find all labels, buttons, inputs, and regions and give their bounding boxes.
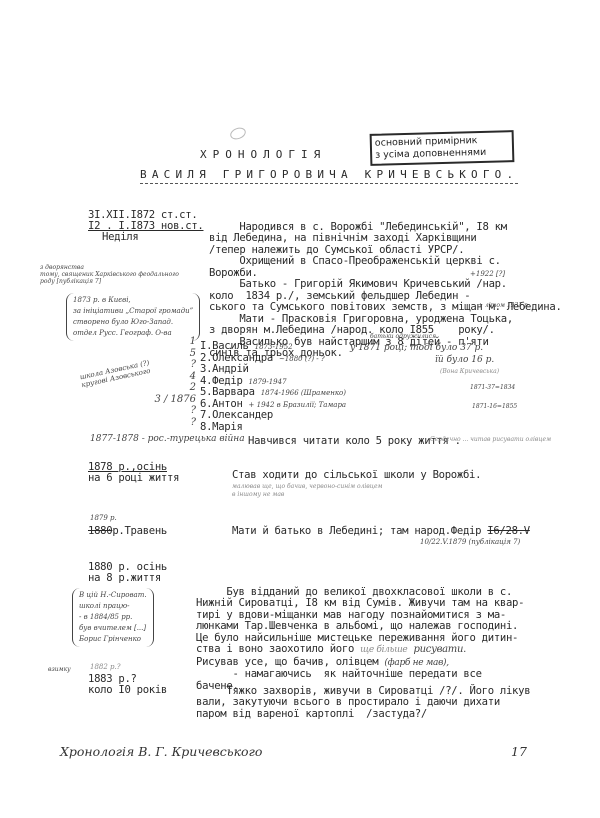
child-order-mark: 5 [190,348,196,359]
note-line: за ініціативи „Старої громади” [73,306,193,317]
reading-text: Навчився читати коло 5 року життя . [248,436,461,448]
may-text-struck: I6/28.V [487,525,530,537]
note-line: - в 1884/85 рр. [79,612,147,623]
child-order-mark: ? [191,417,196,428]
may-date-struck: 1880 [88,525,112,537]
copy-stamp: основний примірник з усіма доповненнями [370,130,515,166]
school1-note: малював ще, що бачив, червоно-синім олів… [232,483,383,499]
birth-weekday: Неділя [102,232,138,244]
child-row: 25.Варвара1874-1966 (Шраменко) [200,382,346,394]
note-line: створено було Юго-Запад. [73,317,193,328]
left-note-nobility: з дворянства тому, священик Харківського… [40,264,179,285]
text-line: вали, закутуючи всього в простирало і да… [196,697,530,709]
stamp-line-2: з усіма доповненнями [375,146,509,162]
note-line: отдел Русс. Географ. О-ва [73,328,193,339]
reading-note: Сердечно ... читав рисувати олівцем [430,436,551,443]
text-line: ства і воно заохотило його [196,643,354,655]
child-order-mark: 1 [190,336,196,347]
child-order-mark: 3 / 1876 [154,394,196,405]
note-line: в іншому не мав [232,491,383,499]
illness-text: Тяжко захворів, живучи в Сироватці /?/. … [196,674,530,732]
illness-winter-note: взимку [48,666,71,673]
calc-father-birth: 1871-37=1834 [470,384,515,391]
child-row: ?7.Олександер [200,405,346,417]
text-line: люнками Тар.Шевченка в альбомі, що належ… [196,621,524,633]
child-order-mark: ? [191,359,196,370]
school1-age: на 6 році життя [88,473,179,485]
note-line: роду [публікація 7] [40,278,179,285]
parents-married-line2: їй було 16 р. [435,355,494,365]
note-line: малював ще, що бачив, червоно-синім олів… [232,483,383,491]
turkish-war-note: 1877-1878 - рос.-турецька війна [90,434,245,444]
insert-more: ще більше [360,645,407,655]
child-row: ?8.Марія [200,417,346,429]
parents-married-header: батьки одружилися [370,333,436,340]
mother-death-note: + літом 1931 р. [478,302,530,309]
note-line: з дворянства [40,264,179,271]
text-line: Батько - Григорій Якимович Кричевський /… [209,279,562,291]
school1-text: Став ходити до сільської школи у Ворожбі… [232,470,481,482]
may-text: Мати й батько в Лебедині; там народ.Феді… [232,526,530,538]
page-number: 17 [511,744,527,759]
may-fedir-date-note: 10/22.V.1879 (публікація 7) [420,538,520,546]
text-line: паром від вареної картоплі /застуда?/ [196,709,530,721]
insert-no-paints: (фарб не мав), [384,658,448,668]
watermark-logo-icon [229,126,248,142]
children-list: 1I.Василь1873-195252.Олександра~1880 (?)… [200,336,346,428]
may-date-rest: р.Травень [112,525,167,537]
text-line: Рисував усе, що бачив, олівцем [196,656,378,668]
child-row: 1I.Василь1873-1952 [200,336,346,348]
note-line: був вчителем [...] [79,623,147,634]
text-line: Нижній Сироватці, I8 км від Сумів. Живуч… [196,598,524,610]
illness-date-alt: 1882 р.? [90,663,121,671]
child-row: 52.Олександра~1880 (?) - ? [200,348,346,360]
note-line: Борис Грінченко [79,634,147,645]
child-row: 3 / 18766.Антон+ 1942 в Бразилії; Тамара [200,394,346,406]
school2-age: на 8 р.життя [88,573,161,585]
may-date-note: 1879 р. [90,514,117,522]
may-date: 1880р.Травень [88,526,167,538]
child-row: 44.Федір1879-1947 [200,371,346,383]
text-line: Охрищений в Спасо-Преображенській церкві… [209,256,562,268]
note-line: тому, священик Харківського феодального [40,271,179,278]
text-line: від Лебедина, на північнім заході Харків… [209,233,562,245]
left-note-kyiv-box: 1873 р. в Києві, за ініціативи „Старої г… [66,293,200,341]
illness-age: коло I0 років [88,685,167,697]
page-title: ХРОНОЛОГІЯ [200,148,326,161]
parents-married-line3: (Вона Кричевська) [440,368,499,375]
grinchenko-note-box: В цій Н.-Сироват. школі працю- - в 1884/… [72,588,154,647]
note-line: школі працю- [79,601,147,612]
page-subtitle: ВАСИЛЯ ГРИГОРОВИЧА КРИЧЕВСЬКОГО. [140,168,518,184]
note-line: В цій Н.-Сироват. [79,590,147,601]
child-name: 8.Марія [200,421,243,433]
parents-married-line1: у 1871 році; тоді було 37 р. [350,343,483,353]
note-line: 1873 р. в Києві, [73,295,193,306]
calc-mother-birth: 1871-16=1855 [472,403,517,410]
may-text-main: Мати й батько в Лебедині; там народ.Феді… [232,525,487,537]
child-order-mark: 2 [190,382,196,393]
insert-draw: рисувати. [414,644,466,655]
child-order-mark: 4 [190,371,196,382]
father-death-note: +1922 [?] [470,270,505,278]
child-order-mark: ? [191,405,196,416]
child-row: ?3.Андрій [200,359,346,371]
children-left-note: школа Азовська (?) кругові Азовського [79,359,152,389]
footer-book-title: Хронологія В. Г. Кричевського [60,744,262,759]
